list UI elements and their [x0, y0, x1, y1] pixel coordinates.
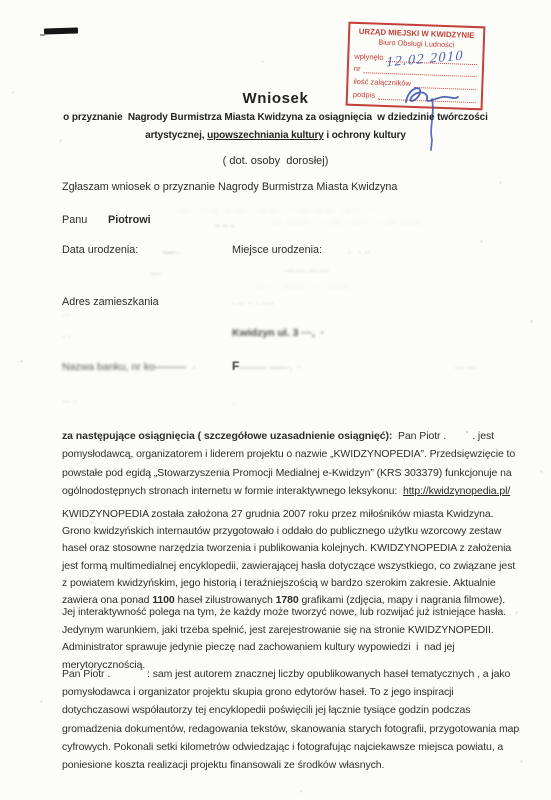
redacted-bank-value: F——— ——·, ·	[232, 357, 300, 375]
redaction-bar	[44, 27, 78, 34]
stamp-number-label: nr	[354, 64, 364, 73]
document-title: Wniosek	[0, 90, 551, 107]
applies-to-note: ( dot. osoby dorosłej)	[0, 155, 551, 167]
scan-speckles	[0, 0, 1, 1]
to-label: Panu	[62, 214, 87, 226]
declaration-line: Zgłaszam wniosek o przyznanie Nagrody Bu…	[62, 181, 397, 193]
achievements-paragraph-3: Jej interaktywność polega na tym, że każ…	[62, 604, 520, 674]
achievements-paragraph-2: KWIDZYNOPEDIA została założona 27 grudni…	[62, 506, 520, 609]
redacted-smudge: — —	[455, 362, 476, 372]
birth-date-label: Data urodzenia:	[62, 244, 138, 256]
stamp-received-label: wpłynęło	[354, 52, 386, 62]
document-subtitle-line2: artystycznej, upowszechniania kultury i …	[0, 130, 551, 141]
subtitle-underlined-segment: upowszechniania kultury	[207, 130, 324, 141]
scan-ghost-text: ·—· ··— ——· ·—— ···— —— ·—·· ··	[175, 205, 378, 215]
redacted-bank-label: Nazwa banku, nr ko——— ·	[62, 361, 196, 373]
scan-ghost-text: —·· ·—— ··· ——	[255, 281, 350, 291]
subtitle-segment: artystycznej,	[145, 130, 207, 141]
redacted-smudge: — — — —	[285, 265, 329, 275]
kwidzynopedia-url: http://kwidzynopedia.pl/	[403, 485, 510, 497]
subtitle-segment: i ochrony kultury	[324, 130, 406, 141]
address-label: Adres zamieszkania	[62, 296, 159, 308]
achievements-lead: za następujące osiągnięcia ( szczegółowe…	[62, 430, 392, 442]
redacted-city-line: Kwidzyn ul. 3 ···, ·	[232, 327, 324, 339]
redacted-tail: ——— ——·, ·	[239, 362, 300, 372]
redacted-dots: ·	[232, 398, 235, 408]
scan-ghost-text: ·— ——· ···— ·—·· ··— ——	[268, 217, 422, 227]
redacted-birth-date: ·—··	[162, 247, 180, 257]
redacted-dots: · ·	[62, 331, 71, 341]
redacted-address: · ·· · · ····	[232, 298, 274, 308]
redacted-dots: ··· ·	[62, 396, 77, 406]
paragraph-text: KWIDZYNOPEDIA została założona 27 grudni…	[62, 508, 518, 606]
document-subtitle-line1: o przyznanie Nagrody Burmistrza Miasta K…	[0, 112, 551, 123]
redaction-bar-tail	[40, 34, 45, 36]
achievements-paragraph-1: za następujące osiągnięcia ( szczegółowe…	[62, 427, 520, 501]
redacted-birth-place: · · ··	[348, 247, 370, 257]
scanned-document-page: URZĄD MIEJSKI W KWIDZYNIE Biuro Obsługi …	[0, 0, 551, 800]
birth-place-label: Miejsce urodzenia:	[232, 244, 322, 256]
redacted-dots: ···	[62, 310, 71, 320]
redacted-smudge: —·	[150, 268, 162, 278]
achievements-paragraph-4: Pan Piotr . : sam jest autorem znacznej …	[62, 665, 520, 774]
redacted-after-name: – – –	[215, 220, 235, 230]
to-name: Piotrowi	[108, 214, 151, 226]
